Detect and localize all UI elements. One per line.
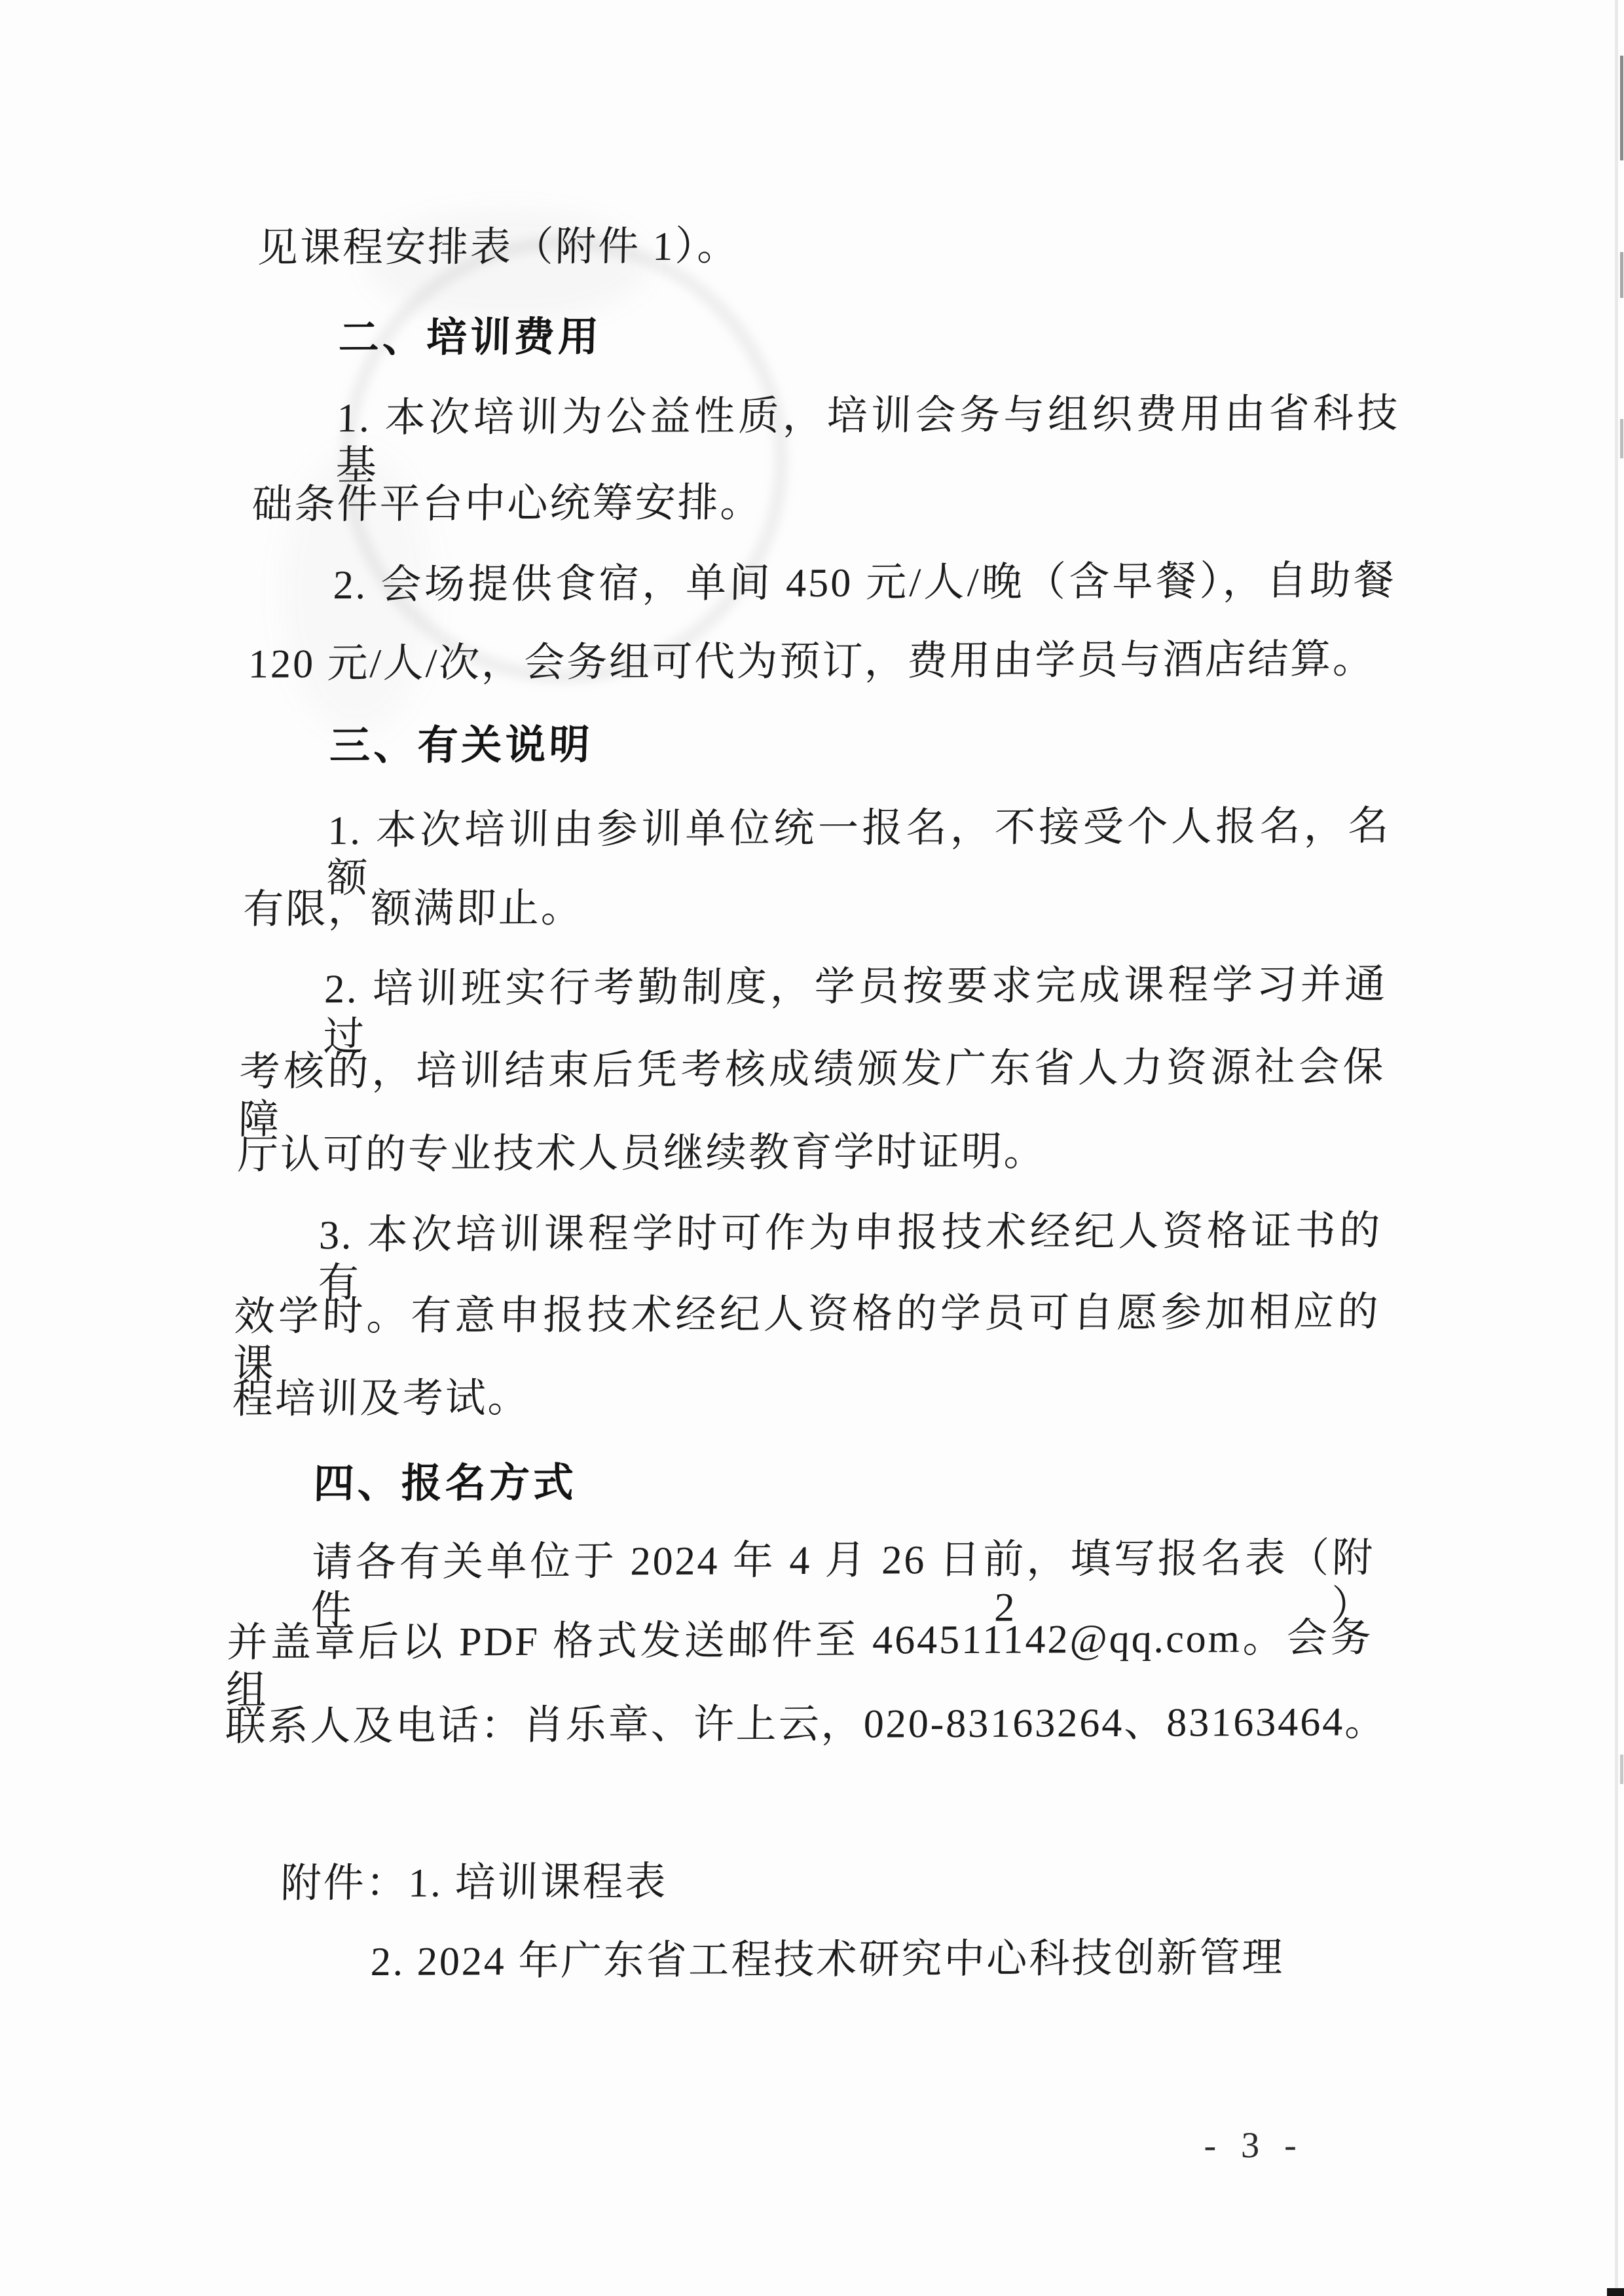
body-line: 础条件平台中心统筹安排。 xyxy=(251,477,1399,530)
scan-edge-artifact xyxy=(1620,419,1623,458)
section-heading-registration: 四、报名方式 xyxy=(230,1455,1377,1508)
body-line: 见课程安排表（附件 1）。 xyxy=(257,220,1404,273)
body-line: 有限，额满即止。 xyxy=(242,881,1390,934)
body-line: 1. 本次培训为公益性质，培训会务与组织费用由省科技基 xyxy=(252,390,1400,491)
section-heading-notes: 三、有关说明 xyxy=(246,718,1393,771)
scan-edge-artifact xyxy=(1615,0,1618,2296)
body-line: 厅认可的专业技术人员继续教育学时证明。 xyxy=(237,1127,1384,1180)
scan-edge-artifact xyxy=(1620,1755,1623,1784)
body-line: 2. 会场提供食宿，单间 450 元/人/晚（含早餐），自助餐 xyxy=(249,557,1397,610)
body-line: 程培训及考试。 xyxy=(232,1371,1379,1424)
body-line: 120 元/人/次，会务组可代为预订，费用由学员与酒店结算。 xyxy=(248,636,1395,689)
attachment-line-1: 附件：1. 培训课程表 xyxy=(221,1855,1369,1908)
attachment-line-2: 2. 2024 年广东省工程技术研究中心科技创新管理 xyxy=(219,1934,1367,1987)
body-line: 联系人及电话：肖乐章、许上云，020-83163264、83163464。 xyxy=(225,1698,1372,1751)
scan-edge-artifact xyxy=(1620,252,1623,298)
document-text-layer: 见课程安排表（附件 1）。 二、培训费用 1. 本次培训为公益性质，培训会务与组… xyxy=(0,0,1624,2296)
page-number: - 3 - xyxy=(1204,2124,1305,2167)
scan-edge-artifact xyxy=(1620,56,1623,160)
section-heading-training-fees: 二、培训费用 xyxy=(255,310,1402,363)
scan-corner-artifact xyxy=(1607,2288,1624,2296)
scanned-document-page: 见课程安排表（附件 1）。 二、培训费用 1. 本次培训为公益性质，培训会务与组… xyxy=(0,0,1624,2296)
